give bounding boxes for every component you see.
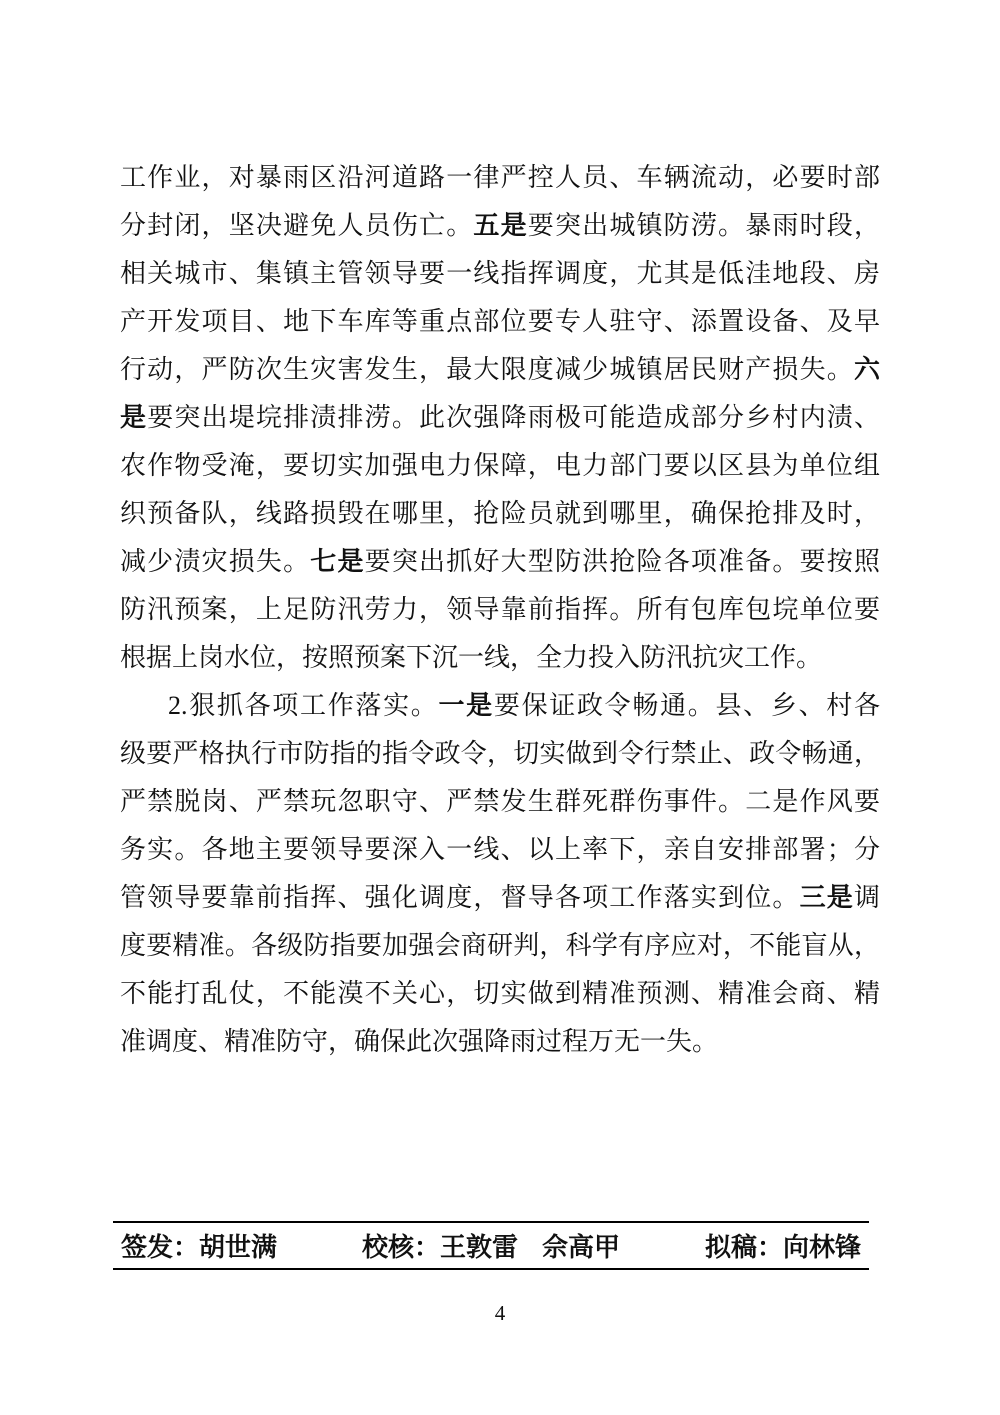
text-line: 产开发项目、地下车库等重点部位要专人驻守、添置设备、及早 xyxy=(120,298,880,346)
proofreader-label: 校核： xyxy=(362,1233,440,1262)
signer-field: 签发：胡世满 xyxy=(121,1227,277,1264)
proofreader-field: 校核：王敦雷佘高甲 xyxy=(362,1227,620,1264)
document-page: 工作业，对暴雨区沿河道路一律严控人员、车辆流动，必要时部分封闭，坚决避免人员伤亡… xyxy=(0,0,1000,1415)
proofreader-name-2: 佘高甲 xyxy=(542,1233,620,1262)
text-line: 分封闭，坚决避免人员伤亡。五是要突出城镇防涝。暴雨时段， xyxy=(120,202,880,250)
text-line: 不能打乱仗，不能漠不关心，切实做到精准预测、精准会商、精 xyxy=(120,970,880,1018)
signature-bar: 签发：胡世满 校核：王敦雷佘高甲 拟稿：向林锋 xyxy=(113,1221,869,1270)
text-line: 织预备队，线路损毁在哪里，抢险员就到哪里，确保抢排及时， xyxy=(120,490,880,538)
text-line: 防汛预案，上足防汛劳力，领导靠前指挥。所有包库包垸单位要 xyxy=(120,586,880,634)
text-line: 务实。各地主要领导要深入一线、以上率下，亲自安排部署；分 xyxy=(120,826,880,874)
signer-name: 胡世满 xyxy=(199,1233,277,1262)
drafter-name: 向林锋 xyxy=(783,1233,861,1262)
text-line: 根据上岗水位，按照预案下沉一线，全力投入防汛抗灾工作。 xyxy=(120,634,880,682)
drafter-label: 拟稿： xyxy=(705,1233,783,1262)
text-line: 管领导要靠前指挥、强化调度，督导各项工作落实到位。三是调 xyxy=(120,874,880,922)
proofreader-name-1: 王敦雷 xyxy=(440,1233,518,1262)
text-line: 级要严格执行市防指的指令政令，切实做到令行禁止、政令畅通， xyxy=(120,730,880,778)
text-line: 减少渍灾损失。七是要突出抓好大型防洪抢险各项准备。要按照 xyxy=(120,538,880,586)
signer-label: 签发： xyxy=(121,1233,199,1262)
text-line: 农作物受淹，要切实加强电力保障，电力部门要以区县为单位组 xyxy=(120,442,880,490)
page-number: 4 xyxy=(0,1301,1000,1326)
text-line: 工作业，对暴雨区沿河道路一律严控人员、车辆流动，必要时部 xyxy=(120,154,880,202)
text-line: 2.狠抓各项工作落实。一是要保证政令畅通。县、乡、村各 xyxy=(120,682,880,730)
text-line: 度要精准。各级防指要加强会商研判，科学有序应对，不能盲从， xyxy=(120,922,880,970)
text-line: 相关城市、集镇主管领导要一线指挥调度，尤其是低洼地段、房 xyxy=(120,250,880,298)
text-line: 严禁脱岗、严禁玩忽职守、严禁发生群死群伤事件。二是作风要 xyxy=(120,778,880,826)
text-line: 行动，严防次生灾害发生，最大限度减少城镇居民财产损失。六 xyxy=(120,346,880,394)
drafter-field: 拟稿：向林锋 xyxy=(705,1227,861,1264)
text-line: 准调度、精准防守，确保此次强降雨过程万无一失。 xyxy=(120,1018,880,1066)
document-body: 工作业，对暴雨区沿河道路一律严控人员、车辆流动，必要时部分封闭，坚决避免人员伤亡… xyxy=(120,154,880,1066)
text-line: 是要突出堤垸排渍排涝。此次强降雨极可能造成部分乡村内渍、 xyxy=(120,394,880,442)
